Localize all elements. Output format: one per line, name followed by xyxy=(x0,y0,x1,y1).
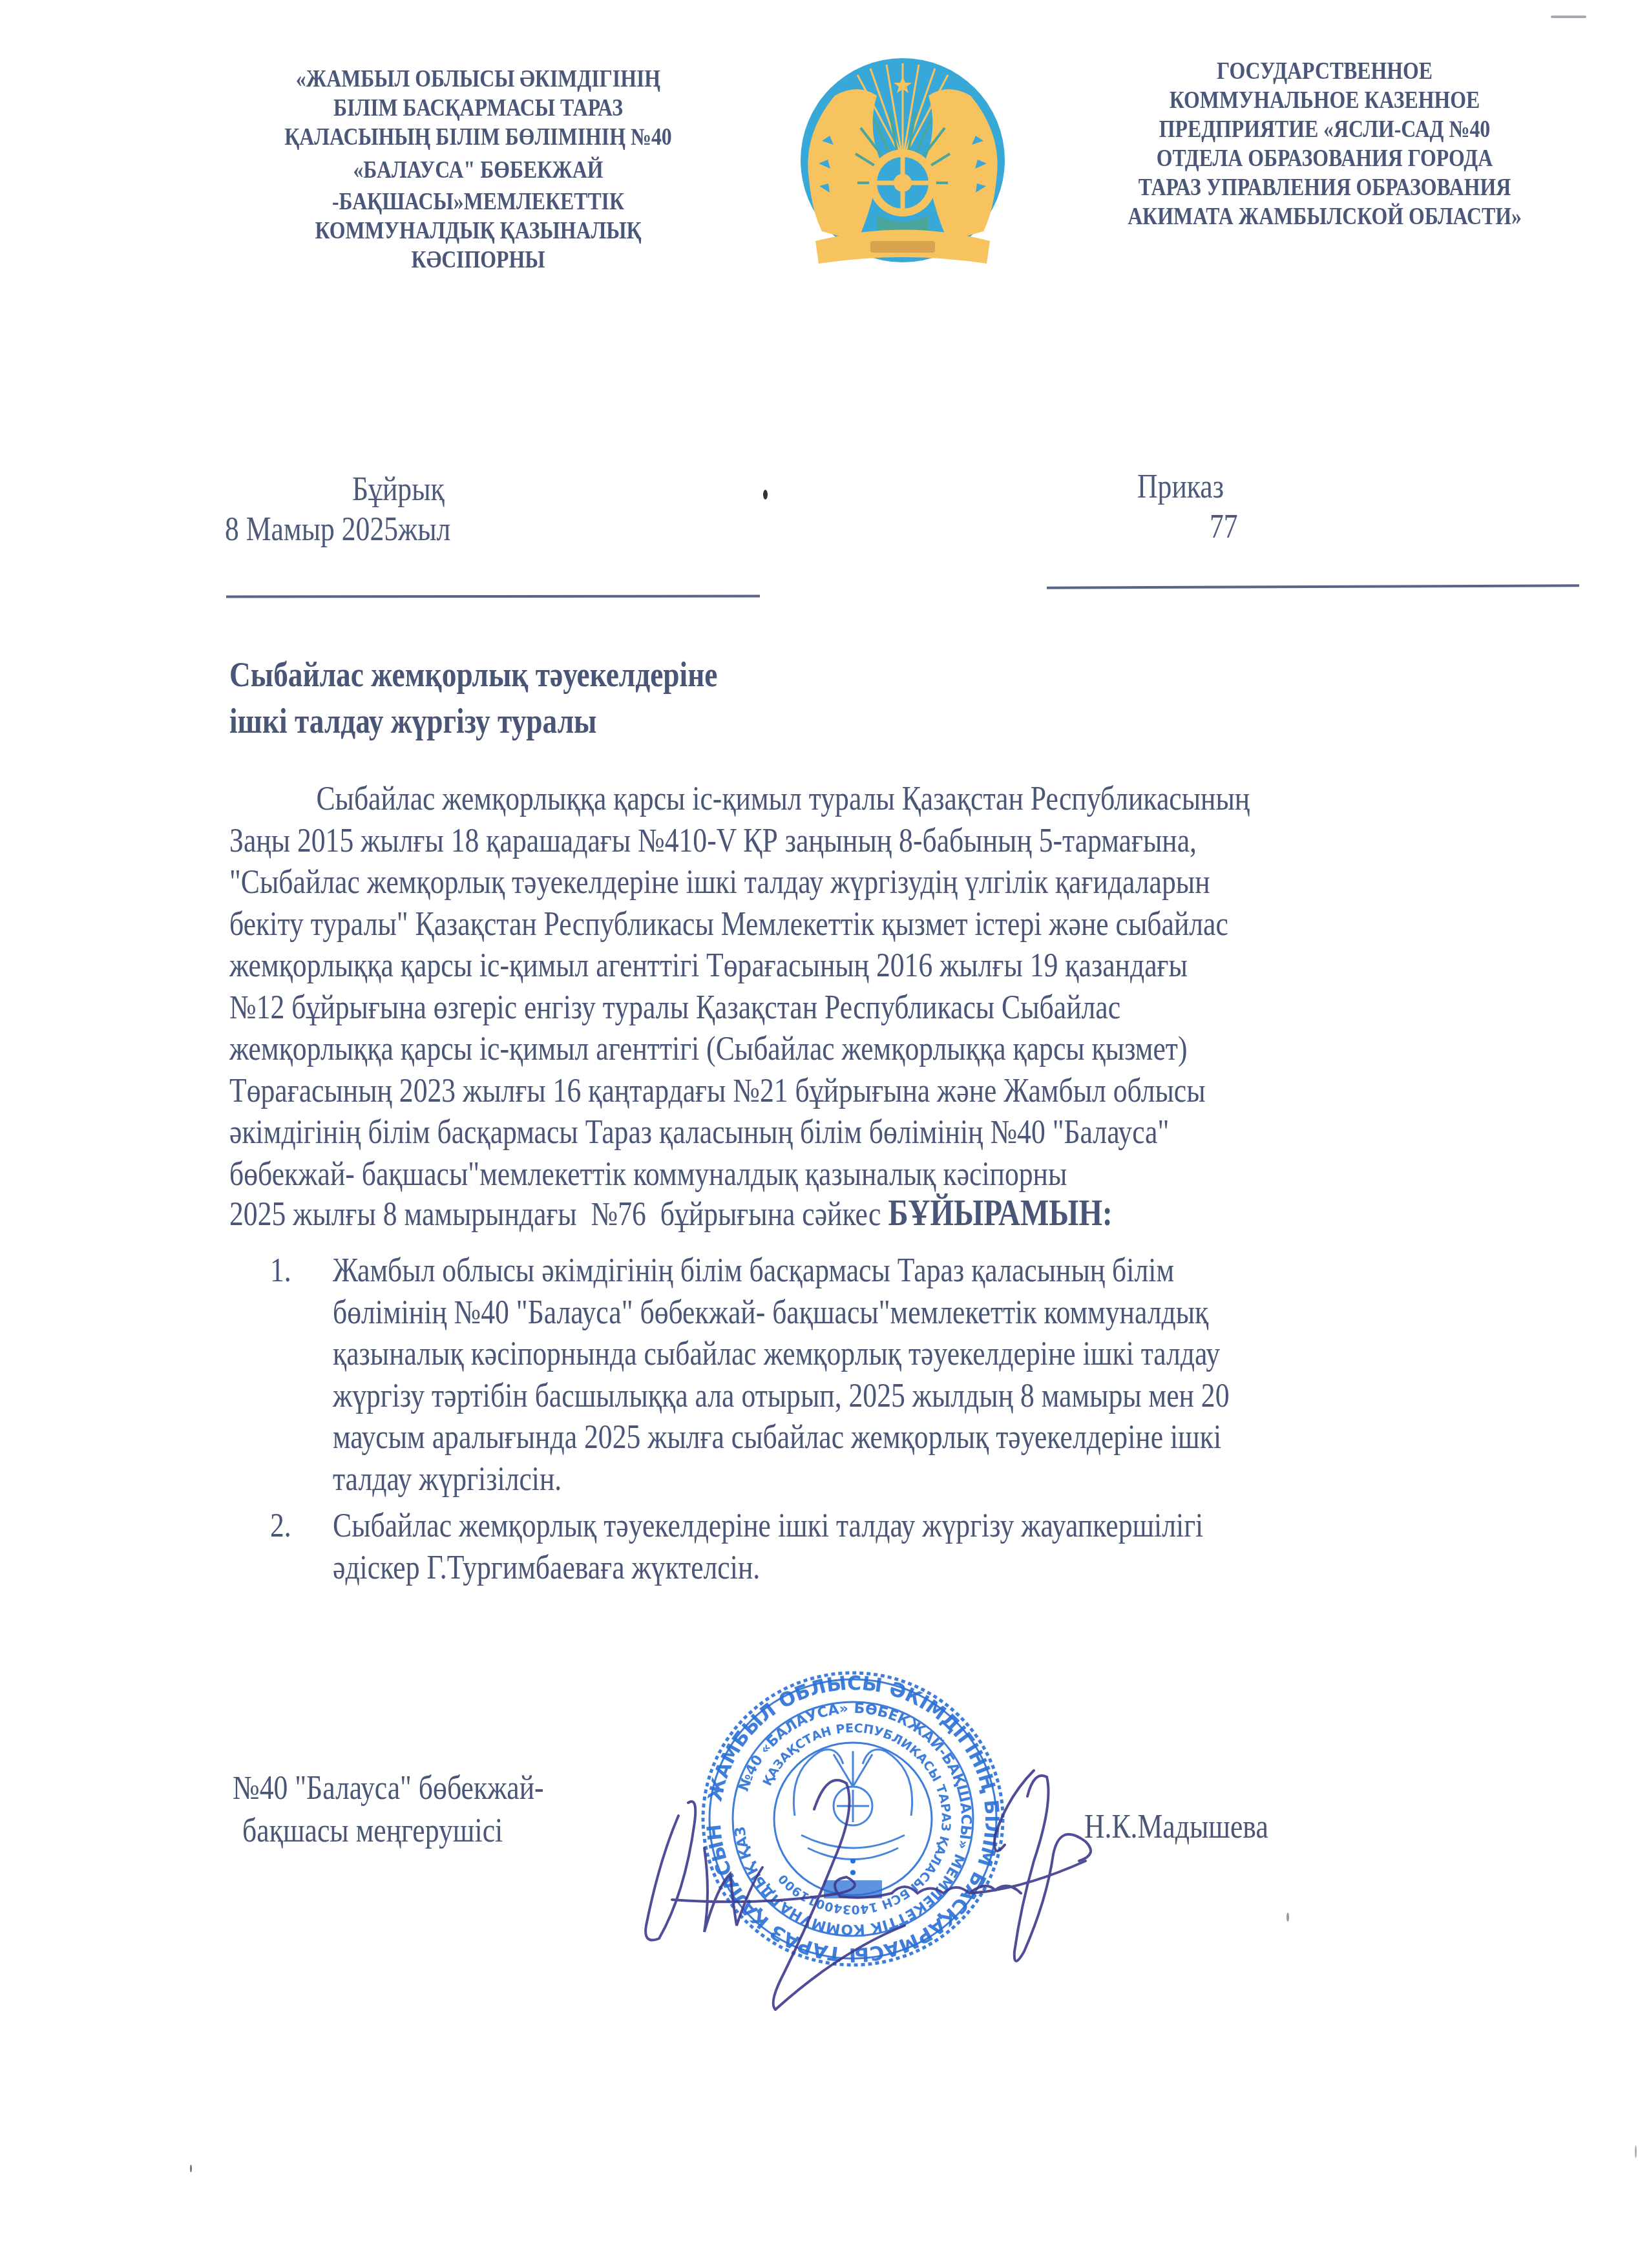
item-line: маусым аралығында 2025 жылға сыбайлас же… xyxy=(265,1417,1405,1459)
order-item-1: 1. Жамбыл облысы әкімдігінің білім басқа… xyxy=(252,1250,1609,1500)
order-item-2: 2. Сыбайлас жемқорлық тәуекелдеріне ішкі… xyxy=(252,1506,1609,1589)
header-line: КОММУНАЛДЫҚ ҚАЗЫНАЛЫҚ xyxy=(234,216,723,246)
header-line: «БАЛАУСА" БӨБЕКЖАЙ xyxy=(234,156,723,185)
item-line: Сыбайлас жемқорлық тәуекелдеріне ішкі та… xyxy=(265,1506,1405,1548)
position-line: бақшасы меңгерушісі xyxy=(233,1810,544,1853)
signatory-position: №40 "Балауса" бөбекжай- бақшасы меңгеруш… xyxy=(233,1767,603,1853)
header-line: АКИМАТА ЖАМБЫЛСКОЙ ОБЛАСТИ» xyxy=(1086,202,1564,231)
preamble-last-line: 2025 жылғы 8 мамырындағы №76 бұйрығына с… xyxy=(229,1195,1391,1233)
header-line: «ЖАМБЫЛ ОБЛЫСЫ ӘКІМДІГІНІҢ xyxy=(234,65,723,94)
item-line: әдіскер Г.Тургимбаеваға жүктелсін. xyxy=(265,1548,1405,1590)
order-label-kz: Бұйрық xyxy=(352,470,445,509)
preamble-paragraph: Сыбайлас жемқорлыққа қарсы іс-қимыл тура… xyxy=(229,779,1612,1233)
preamble-line: Төрағасының 2023 жылғы 16 қаңтардағы №21… xyxy=(229,1071,1391,1113)
header-line: ТАРАЗ УПРАВЛЕНИЯ ОБРАЗОВАНИЯ xyxy=(1086,173,1564,202)
header-line: КОММУНАЛЬНОЕ КАЗЕННОЕ xyxy=(1086,86,1564,115)
item-line: жүргізу тәртібін басшылыққа ала отырып, … xyxy=(265,1376,1405,1418)
handwritten-signature-icon xyxy=(633,1732,1124,2029)
kazakhstan-state-emblem-icon xyxy=(796,57,1009,270)
item-line: қазыналық кәсіпорнында сыбайлас жемқорлы… xyxy=(265,1334,1405,1376)
header-line: БІЛІМ БАСҚАРМАСЫ ТАРАЗ xyxy=(234,94,723,123)
preamble-line: "Сыбайлас жемқорлық тәуекелдеріне ішкі т… xyxy=(229,862,1391,904)
scan-speck xyxy=(190,2165,192,2172)
preamble-line: жемқорлыққа қарсы іс-қимыл агенттігі (Сы… xyxy=(229,1029,1391,1071)
document-title: Сыбайлас жемқорлық тәуекелдеріне ішкі та… xyxy=(229,651,810,744)
preamble-line: Сыбайлас жемқорлыққа қарсы іс-қимыл тура… xyxy=(229,779,1391,821)
item-line: бөлімінің №40 "Балауса" бөбекжай- бақшас… xyxy=(265,1292,1405,1334)
preamble-line: №12 бұйрығына өзгеріс енгізу туралы Қаза… xyxy=(229,987,1391,1029)
preamble-line: әкімдігінің білім басқармасы Тараз қалас… xyxy=(229,1112,1391,1154)
title-line: Сыбайлас жемқорлық тәуекелдеріне xyxy=(229,651,717,698)
order-label-ru: Приказ xyxy=(1137,468,1224,507)
title-line: ішкі талдау жүргізу туралы xyxy=(229,698,717,744)
preamble-line: бөбекжай- бақшасы"мемлекеттік коммуналды… xyxy=(229,1154,1391,1196)
divider-left xyxy=(226,594,760,598)
item-line: Жамбыл облысы әкімдігінің білім басқарма… xyxy=(265,1250,1405,1292)
scan-speck xyxy=(1287,1913,1289,1922)
scan-speck xyxy=(763,490,768,499)
item-line: талдау жүргізілсін. xyxy=(265,1459,1405,1501)
preamble-line: Заңы 2015 жылғы 18 қарашадағы №410-V ҚР … xyxy=(229,821,1391,863)
scan-speck xyxy=(1635,2145,1637,2158)
orders-list: 1. Жамбыл облысы әкімдігінің білім басқа… xyxy=(252,1250,1609,1589)
order-number: 77 xyxy=(1210,508,1238,547)
position-line: №40 "Балауса" бөбекжай- xyxy=(233,1767,544,1810)
header-line: КӘСІПОРНЫ xyxy=(234,246,723,275)
header-line: ОТДЕЛА ОБРАЗОВАНИЯ ГОРОДА xyxy=(1086,144,1564,173)
header-line: ГОСУДАРСТВЕННОЕ xyxy=(1086,57,1564,86)
preamble-line: бекіту туралы" Қазақстан Республикасы Ме… xyxy=(229,904,1391,946)
command-word: БҰЙЫРАМЫН: xyxy=(888,1193,1112,1234)
preamble-line: жемқорлыққа қарсы іс-қимыл агенттігі Төр… xyxy=(229,945,1391,987)
header-org-name-kz: «ЖАМБЫЛ ОБЛЫСЫ ӘКІМДІГІНІҢ БІЛІМ БАСҚАРМ… xyxy=(234,65,723,275)
scan-mark xyxy=(1551,16,1586,18)
header-line: -БАҚШАСЫ»МЕМЛЕКЕТТІК xyxy=(234,187,723,216)
header-line: ҚАЛАСЫНЫҢ БІЛІМ БӨЛІМІНІҢ №40 xyxy=(234,123,723,152)
order-date: 8 Мамыр 2025жыл xyxy=(225,510,450,549)
header-org-name-ru: ГОСУДАРСТВЕННОЕ КОММУНАЛЬНОЕ КАЗЕННОЕ ПР… xyxy=(1086,57,1564,231)
preamble-reference: 2025 жылғы 8 мамырындағы №76 бұйрығына с… xyxy=(229,1196,888,1233)
header-line: ПРЕДПРИЯТИЕ «ЯСЛИ-САД №40 xyxy=(1086,115,1564,144)
divider-right xyxy=(1047,584,1579,589)
